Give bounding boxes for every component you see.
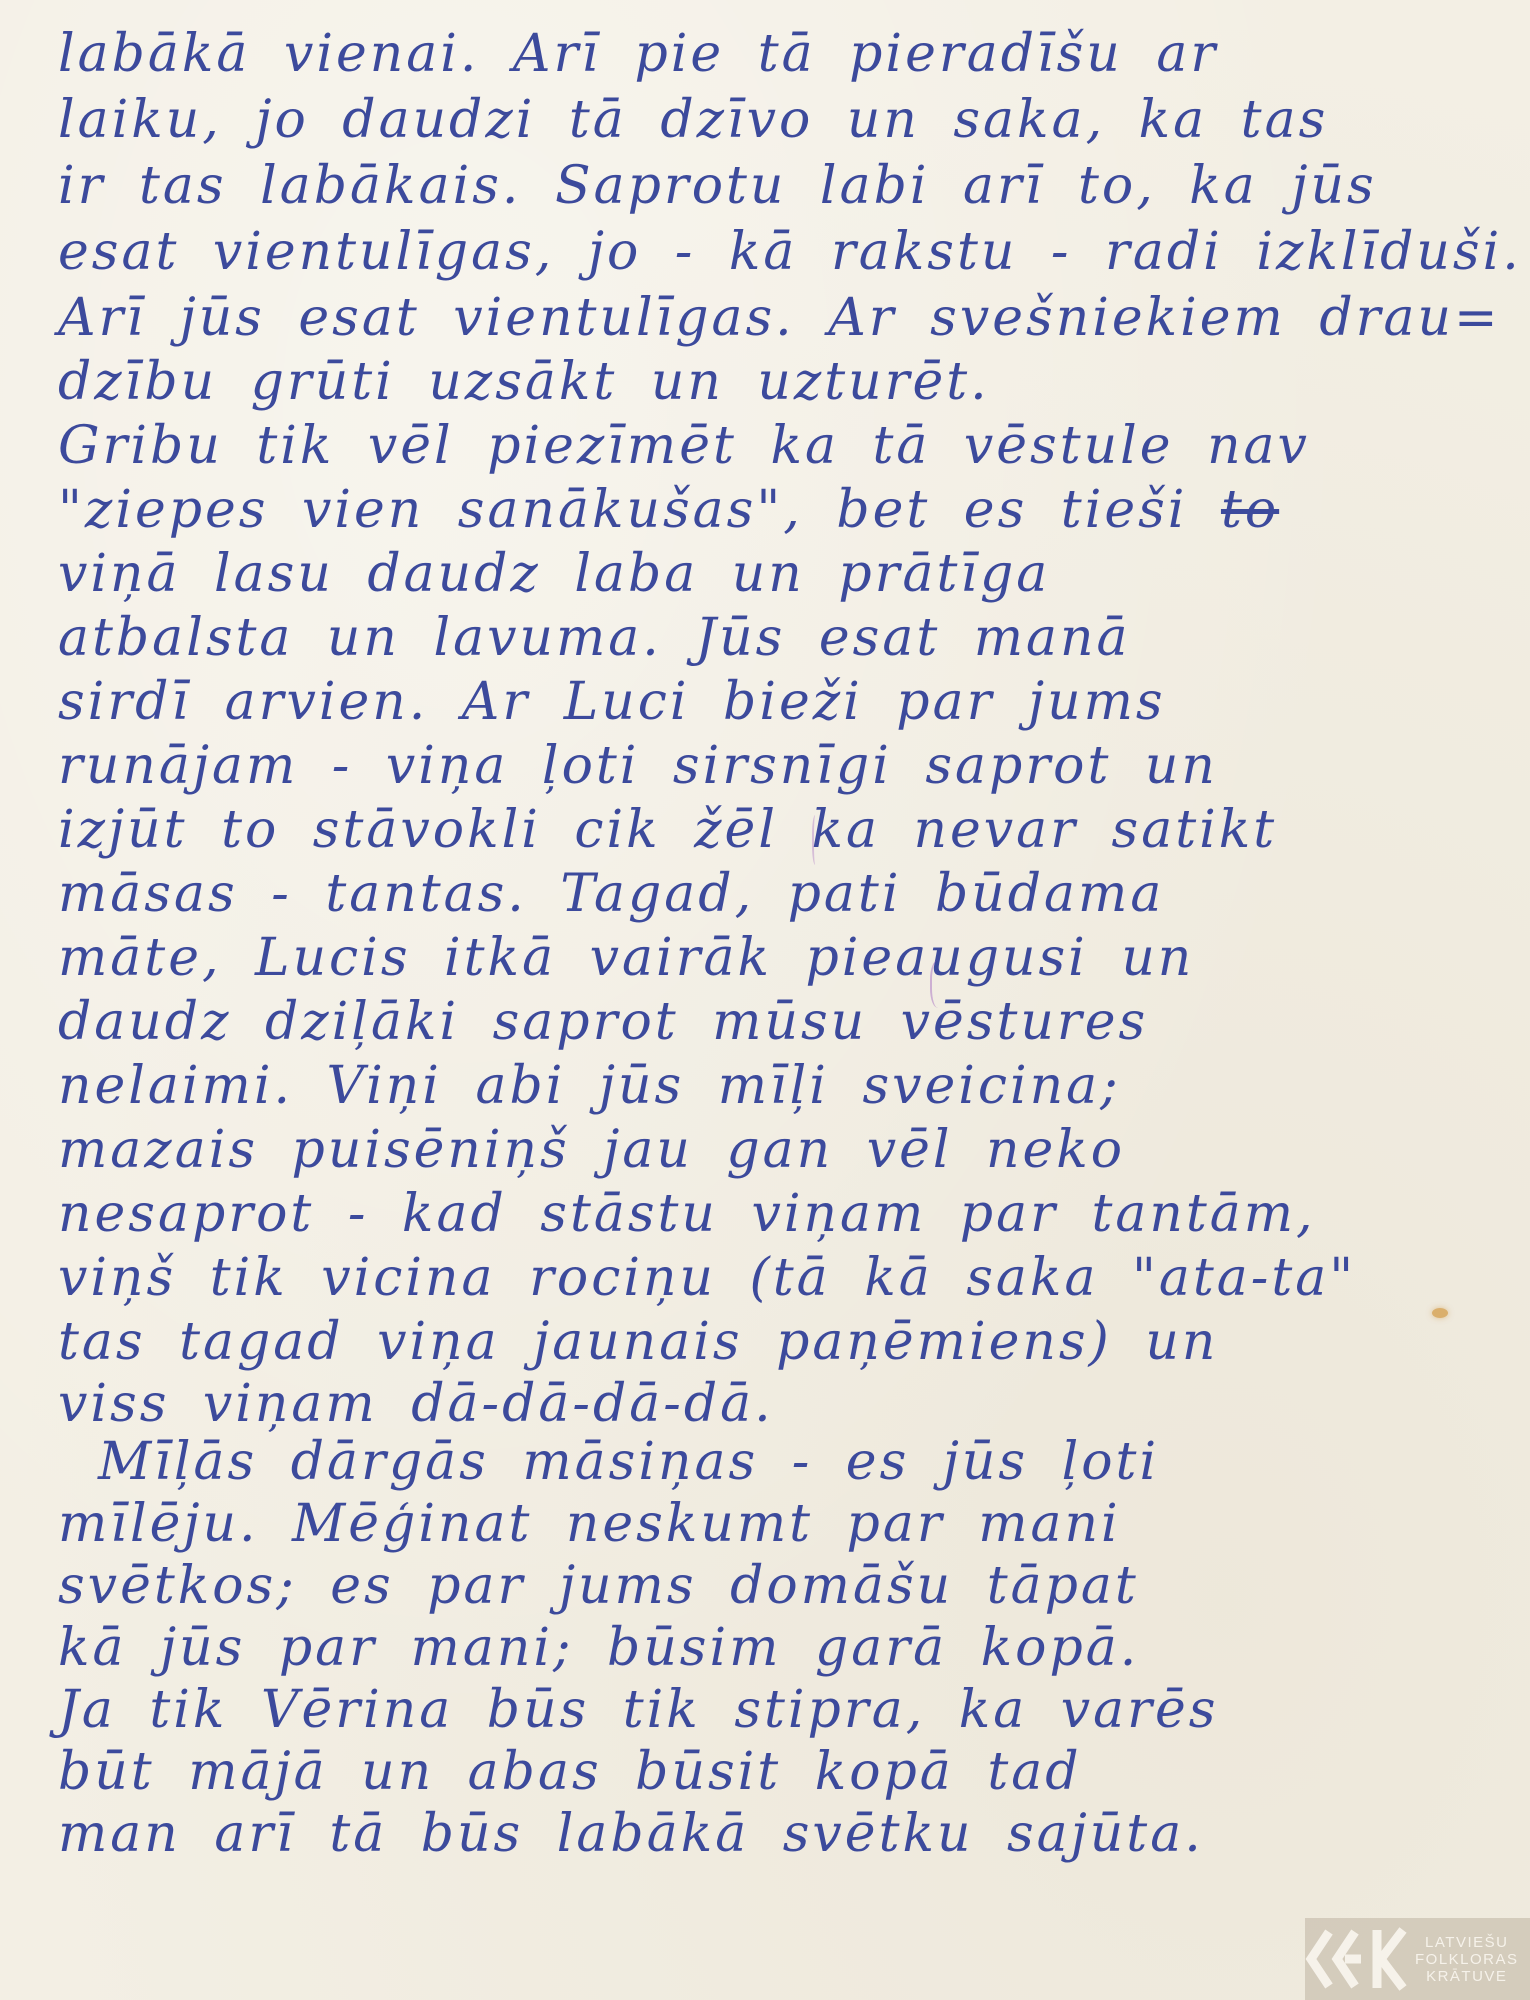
letter-line: izjūt to stāvokli cik žēl ka nevar satik… (58, 804, 1277, 856)
letter-line: daudz dziļāki saprot mūsu vēstures (58, 996, 1148, 1048)
letter-line: svētkos; es par jums domāšu tāpat (58, 1560, 1139, 1612)
letter-line: viss viņam dā-dā-dā-dā. (58, 1378, 774, 1430)
letter-line: nelaimi. Viņi abi jūs mīļi sveicina; (58, 1060, 1121, 1112)
letter-line: runājam - viņa ļoti sirsnīgi saprot un (58, 740, 1218, 792)
letter-line: viņš tik vicina rociņu (tā kā saka "ata-… (58, 1252, 1356, 1304)
struck-out-word: to (1221, 480, 1279, 540)
letter-line: sirdī arvien. Ar Luci bieži par jums (58, 676, 1166, 728)
letter-line: esat vientulīgas, jo - kā rakstu - radi … (58, 226, 1522, 278)
letter-line: laiku, jo daudzi tā dzīvo un saka, ka ta… (58, 94, 1328, 146)
letter-line: atbalsta un lavuma. Jūs esat manā (58, 612, 1131, 664)
letter-line: Mīļās dārgās māsiņas - es jūs ļoti (98, 1436, 1159, 1488)
logo-text-line: FOLKLORAS (1415, 1951, 1519, 1968)
lfk-logo-icon (1305, 1918, 1413, 2000)
letter-line: būt mājā un abas būsit kopā tad (58, 1746, 1082, 1798)
letter-line: māte, Lucis itkā vairāk pieaugusi un (58, 932, 1194, 984)
letter-line: kā jūs par mani; būsim garā kopā. (58, 1622, 1139, 1674)
letter-line: man arī tā būs labākā svētku sajūta. (58, 1808, 1204, 1860)
archive-logo-watermark: LATVIEŠU FOLKLORAS KRĀTUVE (1305, 1918, 1530, 2000)
letter-line: ir tas labākais. Saprotu labi arī to, ka… (58, 160, 1377, 212)
logo-text-line: LATVIEŠU (1415, 1934, 1519, 1951)
letter-line: mīlēju. Mēģinat neskumt par mani (58, 1498, 1121, 1550)
letter-line: Arī jūs esat vientulīgas. Ar svešniekiem… (58, 292, 1501, 344)
letter-line: "ziepes vien sanākušas", bet es tieši to (58, 484, 1279, 536)
letter-line: Ja tik Vērina būs tik stipra, ka varēs (58, 1684, 1219, 1736)
pencil-mark (812, 815, 820, 865)
letter-line: Gribu tik vēl piezīmēt ka tā vēstule nav (58, 420, 1310, 472)
pencil-mark (930, 960, 950, 1008)
paper-stain (1432, 1308, 1448, 1318)
letter-line: labākā vienai. Arī pie tā pieradīšu ar (58, 28, 1218, 80)
letter-line: tas tagad viņa jaunais paņēmiens) un (58, 1316, 1218, 1368)
letter-line: nesaprot - kad stāstu viņam par tantām, (58, 1188, 1316, 1240)
logo-text: LATVIEŠU FOLKLORAS KRĀTUVE (1415, 1934, 1519, 1985)
letter-line: dzību grūti uzsākt un uzturēt. (58, 356, 990, 408)
letter-line: mazais puisēniņš jau gan vēl neko (58, 1124, 1125, 1176)
letter-line: viņā lasu daudz laba un prātīga (58, 548, 1050, 600)
letter-line: māsas - tantas. Tagad, pati būdama (58, 868, 1164, 920)
logo-text-line: KRĀTUVE (1415, 1968, 1519, 1985)
letter-line-text: "ziepes vien sanākušas", bet es tieši (58, 480, 1187, 540)
